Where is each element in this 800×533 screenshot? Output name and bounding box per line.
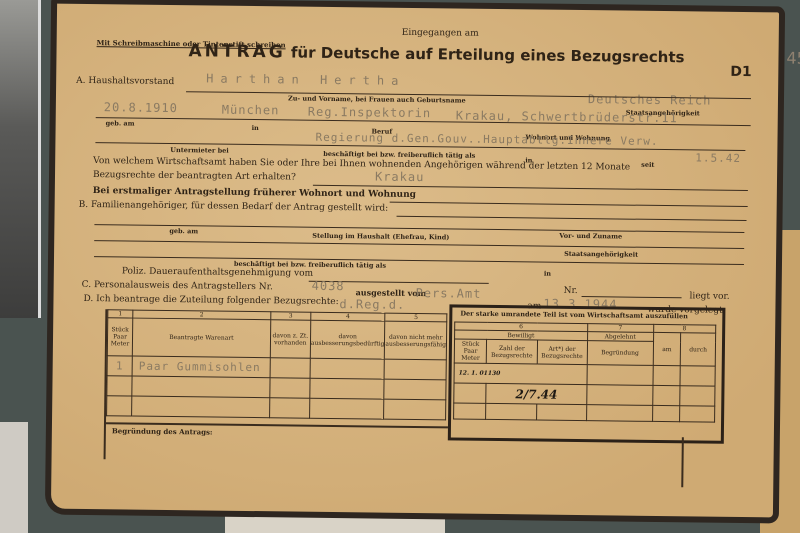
table-row [454,403,715,422]
granted-cell[interactable]: 12. 1. 01130 [454,363,587,385]
qty-cell[interactable]: 1 [107,356,132,376]
section-b-label: B. Familienangehöriger, für dessen Bedar… [79,200,389,214]
issued-by-field[interactable]: Pers.Amt [416,286,482,301]
permit-label: Poliz. Daueraufenthaltsgenehmigung vom [122,266,313,278]
profession-field[interactable]: Reg.Inspektorin [308,105,432,121]
permit-present-label: liegt vor. [690,291,730,301]
col-item-header: Beantragte Warenart [132,318,270,358]
birth-date-caption: geb. am [106,119,135,127]
permit-nr-label: Nr. [564,286,578,296]
reason-header: Begründung [587,341,653,366]
background-photo-frame [0,0,41,318]
table-right-border [681,437,684,487]
id-number-field[interactable]: 4038 [312,279,345,293]
b-citizenship-caption: Staatsangehörigkeit [564,250,638,259]
subtenant-caption: Untermieter bei [170,146,229,155]
birth-place-caption: in [252,124,259,132]
b-position-caption: Stellung im Haushalt (Ehefrau, Kind) [312,232,449,242]
date-header: am [653,332,681,365]
b-in-caption: in [544,270,551,278]
previous-office-field[interactable]: Krakau [375,170,425,185]
justification-label: Begründung des Antrags: [112,426,213,436]
birth-date-field[interactable]: 20.8.1910 [104,100,178,115]
office-note: Der starke umrandete Teil ist vom Wirtsc… [460,310,688,321]
col-unrepairable-header: davon nicht mehr ausbesserungsfähig [385,321,447,360]
question-line-2: Bezugsrechte der beantragten Art erhalte… [93,170,296,182]
request-table: 1 2 3 4 5 Stück Paar Meter Beantragte Wa… [106,309,447,420]
col-qty-header: Stück Paar Meter [107,318,133,356]
approval-table: 6 7 8 Bewilligt Abgelehnt am durch Stück… [453,321,716,422]
applicant-name-field[interactable]: Harthan Hertha [206,71,405,87]
pencil-number: 457 [786,49,800,68]
since-caption: seit [641,161,654,169]
by-header: durch [681,333,716,366]
since-field[interactable]: 1.5.42 [695,151,741,165]
granted-note-cell[interactable]: 2/7.44 [486,383,587,404]
table-row [107,396,446,420]
b-name-caption: Vor- und Zuname [559,232,622,241]
section-a-label: A. Haushaltsvorstand [76,76,174,87]
b-birth-caption: geb. am [169,227,198,235]
title-main: ANTRAG [188,41,285,62]
background-photo-frame-lower [0,422,28,533]
form-code: D1 [730,64,752,80]
citizenship-field[interactable]: Deutsches Reich [588,92,712,108]
office-use-box: Der starke umrandete Teil ist vom Wirtsc… [448,304,726,443]
section-c-label: C. Personalausweis des Antragstellers Nr… [82,280,273,292]
application-form: Mit Schreibmaschine oder Tintenstift sch… [45,0,785,523]
col-repair-header: davon ausbesserungsbedürftig [310,320,385,359]
received-label: Eingegangen am [402,28,479,39]
form-title: ANTRAG für Deutsche auf Erteilung eines … [188,41,684,67]
birth-place-field[interactable]: München [222,103,280,118]
title-rest: für Deutsche auf Erteilung eines Bezugsr… [291,43,685,66]
col-available-header: davon z. Zt. vorhanden [270,320,311,358]
section-d-label: D. Ich beantrage die Zuteilung folgender… [83,294,338,307]
name-caption: Zu- und Vorname, bei Frauen auch Geburts… [288,94,466,104]
item-cell[interactable]: Paar Gummisohlen [132,356,270,378]
first-application-label: Bei erstmaliger Antragstellung früherer … [93,186,416,200]
issuing-office-continued: d.Reg.d. [339,297,405,312]
